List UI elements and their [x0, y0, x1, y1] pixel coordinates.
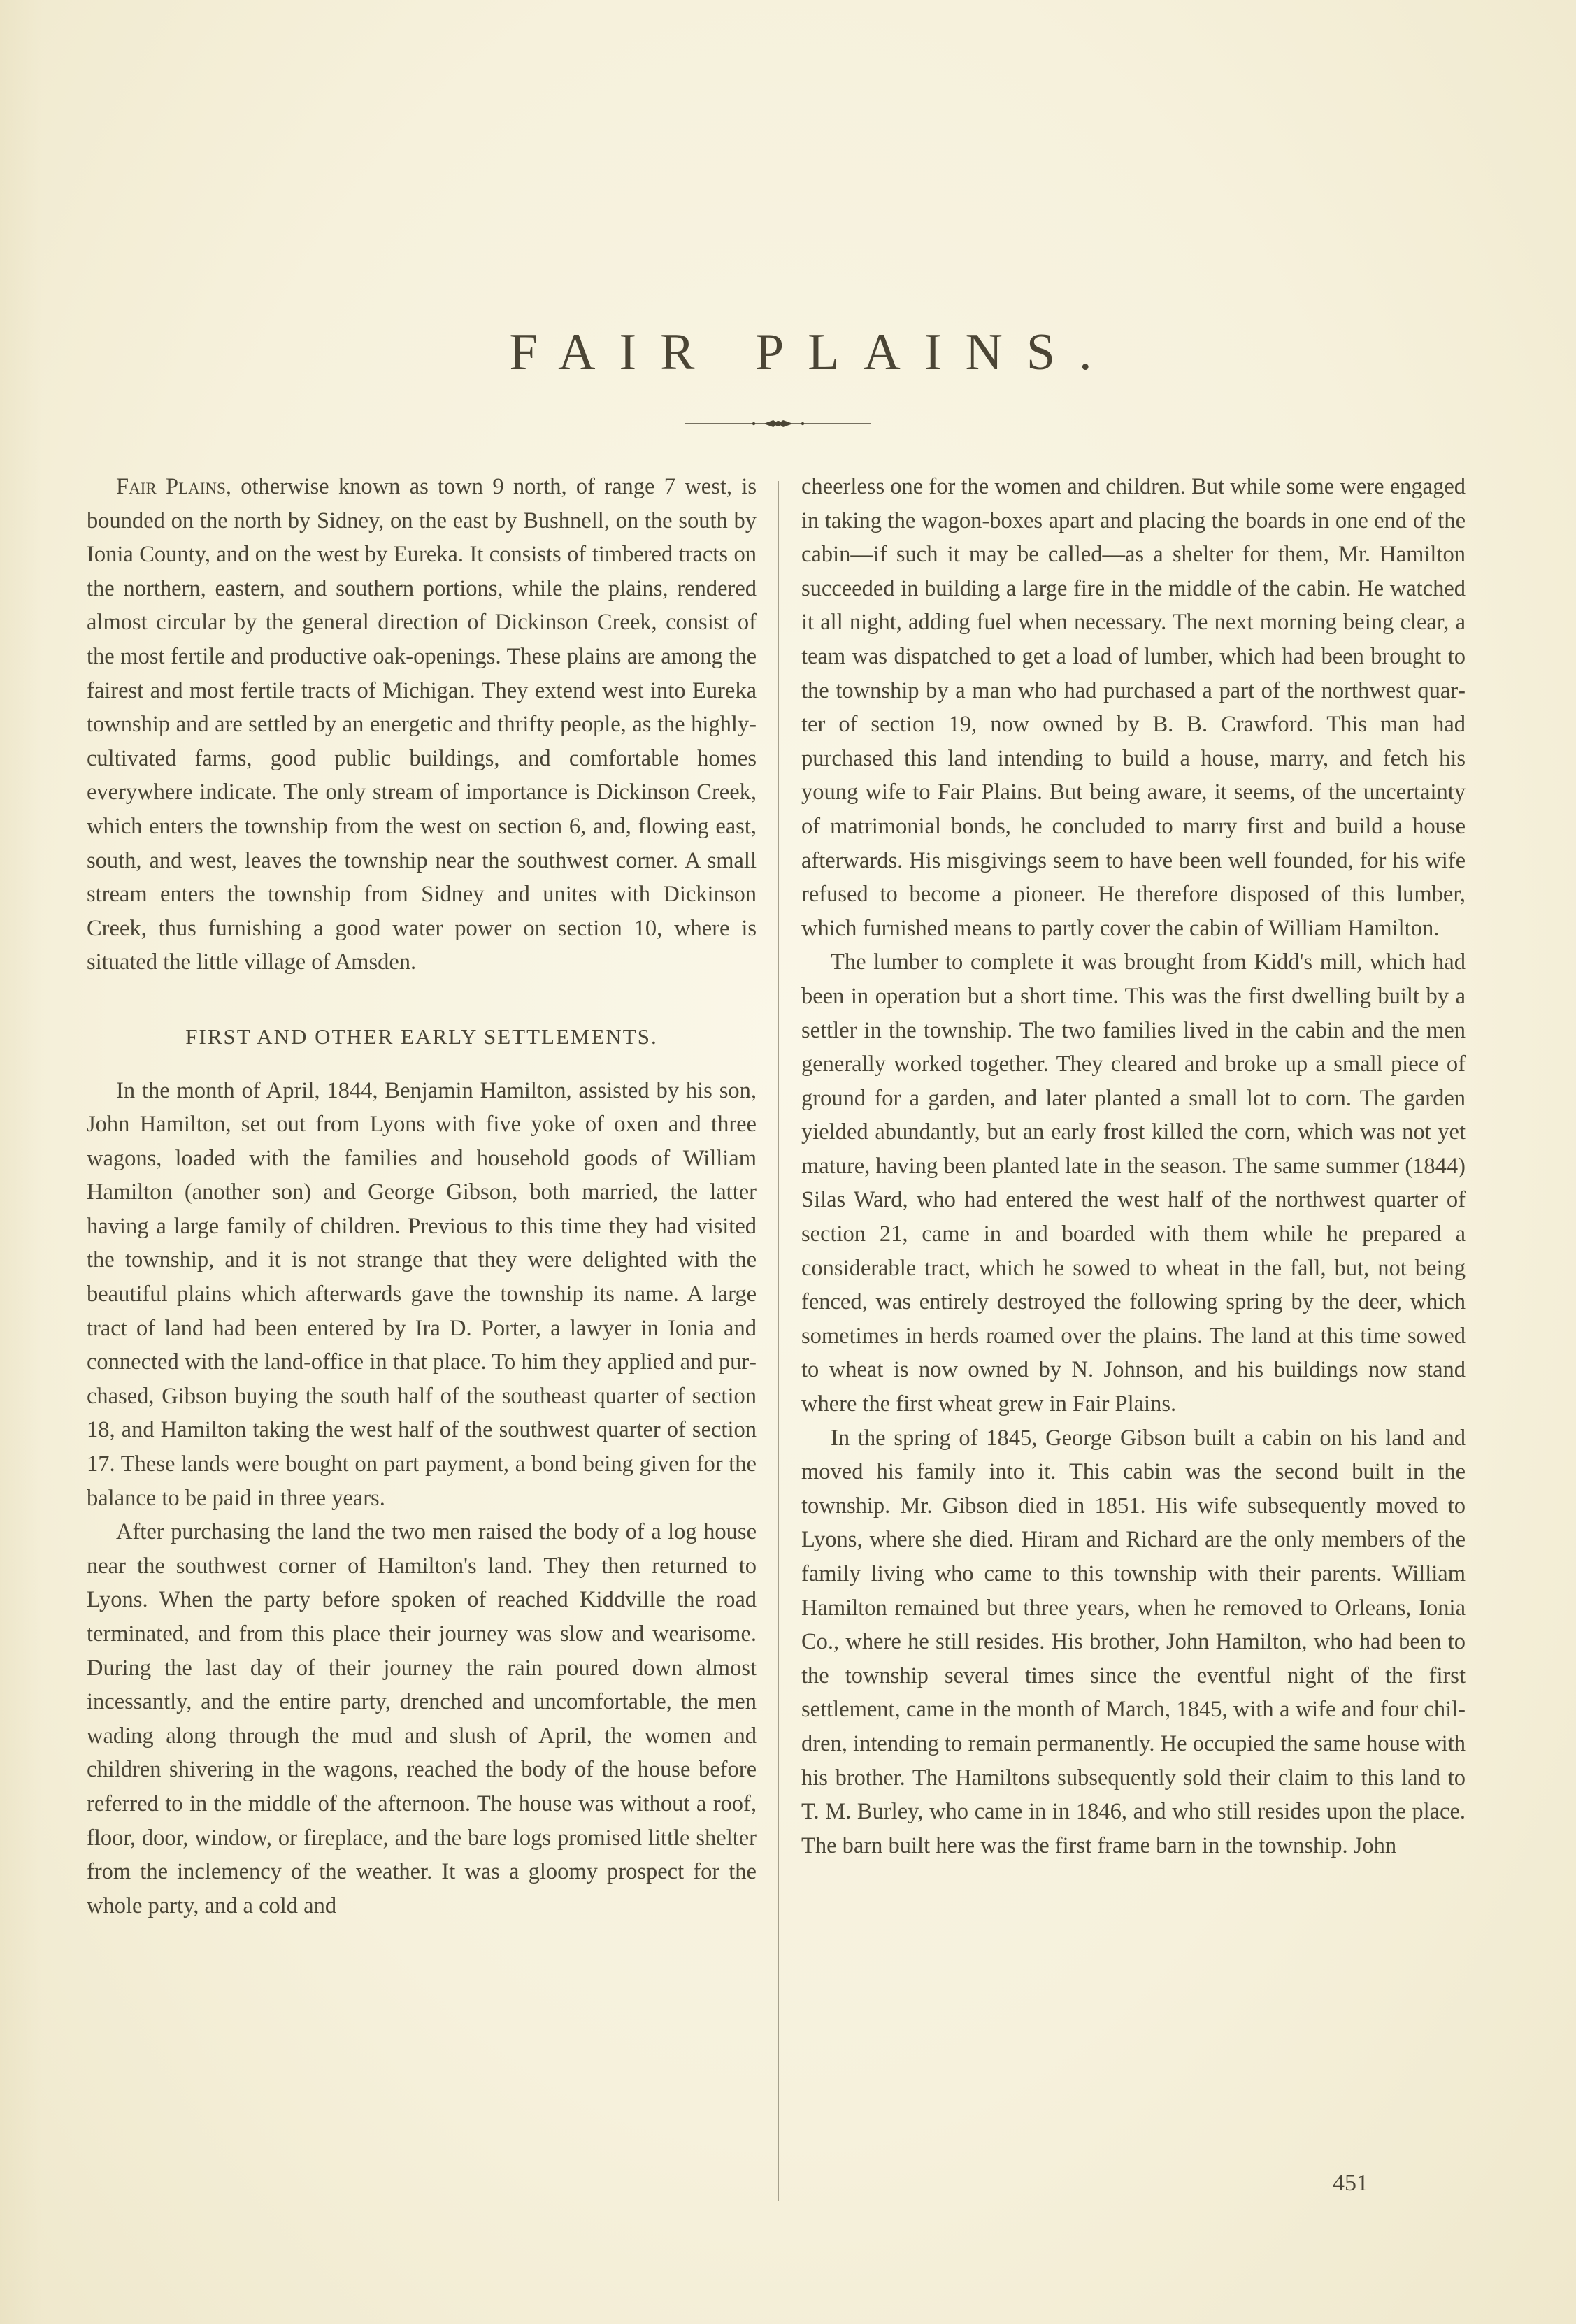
paragraph: In the month of April, 1844, Benjamin Ha…	[87, 1074, 757, 1516]
left-column: Fair Plains, otherwise known as town 9 n…	[87, 470, 757, 1923]
paragraph: The lumber to complete it was brought fr…	[801, 945, 1466, 1421]
right-column: cheerless one for the women and children…	[801, 470, 1466, 1863]
column-divider	[778, 481, 779, 2201]
paragraph: In the spring of 1845, George Gibson bui…	[801, 1421, 1466, 1863]
page-number: 451	[1333, 2170, 1368, 2197]
title-ornament-divider	[685, 418, 871, 429]
intro-lead-smallcaps: Fair Plains	[116, 474, 226, 499]
intro-paragraph: Fair Plains, otherwise known as town 9 n…	[87, 470, 757, 980]
paragraph: After purchasing the land the two men ra…	[87, 1515, 757, 1923]
section-heading-early-settlements: FIRST AND OTHER EARLY SETTLEMENTS.	[87, 1020, 757, 1054]
intro-text: , otherwise known as town 9 north, of ra…	[87, 474, 757, 975]
page-title: FAIR PLAINS.	[0, 323, 1576, 382]
continuation-paragraph: cheerless one for the women and children…	[801, 470, 1466, 945]
